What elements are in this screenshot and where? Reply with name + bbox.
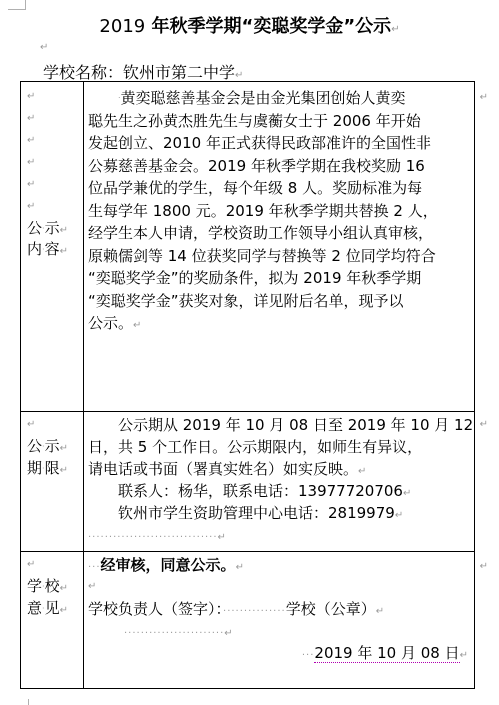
page-corner-mark xyxy=(8,0,26,10)
text-line: 聪先生之孙黄杰胜先生与虞蘅女士于 2006 年开始 xyxy=(88,110,472,133)
paragraph-mark-icon: ↵ xyxy=(395,510,403,521)
paragraph-mark-icon: ↵ xyxy=(133,320,141,331)
announcement-table: ↵ ↵ ↵ ↵ ↵ ↵ 公·示↵ 内·容↵ ·黄奕聪慈善基金会是由金光集团创始人… xyxy=(20,81,475,689)
content-cell-period: 公示期从 2019 年 10 月 08 日至 2019 年 10 月 12↵ 日… xyxy=(88,414,472,546)
paragraph-mark-icon: ↵ xyxy=(27,414,35,436)
text: 公示期从 2019 年 10 月 08 日至 2019 年 10 月 12 xyxy=(118,416,473,434)
text-line: 位品学兼优的学生，每个年级 8 人。奖励标准为每 xyxy=(88,177,472,200)
paragraph-mark-icon: ↵ xyxy=(27,152,35,174)
label-line-1: 公·示↵ xyxy=(27,218,68,241)
text: 请电话或书面（署真实姓名）如实反映。 xyxy=(88,460,358,478)
paragraph-mark-icon: ↵ xyxy=(235,70,243,81)
paragraph-mark-icon: ↵ xyxy=(27,108,35,130)
text-line: 公示期从 2019 年 10 月 08 日至 2019 年 10 月 12↵ xyxy=(88,414,472,436)
paragraph-mark-icon: ↵ xyxy=(60,583,68,594)
approval-text: 经审核，同意公示。 xyxy=(101,556,236,574)
text-line: 公募慈善基金会。2019 年秋季学期在我校奖励 16 xyxy=(88,155,472,178)
text: 黄奕聪慈善基金会是由金光集团创始人黄奕 xyxy=(121,89,406,107)
label-char: 公 xyxy=(27,437,42,455)
label-char: 公 xyxy=(27,219,42,237)
empty-line: ↵ xyxy=(88,576,472,598)
label-char: 限 xyxy=(45,459,60,477)
label-char: 内 xyxy=(27,240,42,258)
label-cell-opinion: ↵ 学·校↵ 意·见↵ xyxy=(21,552,83,689)
page-title: 2019 年秋季学期“奕聪奖学金”公示↵ xyxy=(0,12,499,38)
paragraph-mark-icon: ↵ xyxy=(60,246,68,257)
paragraph-mark-icon: ↵ xyxy=(27,86,35,108)
text-line: ·黄奕聪慈善基金会是由金光集团创始人黄奕↵ xyxy=(88,87,472,110)
seal-label: 学校（公章） xyxy=(286,600,376,618)
paragraph-mark-icon: ↵ xyxy=(218,532,226,543)
paragraph-mark-icon: ↵ xyxy=(480,556,488,578)
school-name-line: 学校名称：钦州市第二中学↵ xyxy=(43,60,243,83)
paragraph-mark-icon: ↵ xyxy=(27,196,35,218)
text-line: 经学生本人申请，学校资助工作领导小组认真审核， xyxy=(88,222,472,245)
label-cell-content: ↵ ↵ ↵ ↵ ↵ ↵ 公·示↵ 内·容↵ xyxy=(21,82,83,411)
label-line-1: 公·示↵ xyxy=(27,436,68,459)
text-line: 请电话或书面（署真实姓名）如实反映。↵ xyxy=(88,458,472,480)
signer-label: 学校负责人（签字）： xyxy=(88,600,223,618)
label-line-2: 意·见↵ xyxy=(27,598,68,621)
dotted-spacer-line: ·······························↵ xyxy=(88,524,472,546)
text: 钦州市学生资助管理中心电话：2819979 xyxy=(118,504,395,522)
paragraph-mark-icon: ↵ xyxy=(376,606,384,617)
paragraph-mark-icon: ↵ xyxy=(60,605,68,616)
text-line: 生每学年 1800 元。2019 年秋季学期共替换 2 人， xyxy=(88,200,472,223)
column-divider xyxy=(83,82,84,688)
space-dots: ··············· xyxy=(223,606,286,617)
paragraph-mark-icon: ↵ xyxy=(27,174,35,196)
paragraph-mark-icon: ↵ xyxy=(236,562,244,573)
paragraph-mark-icon: ↵ xyxy=(403,488,411,499)
text-line: “奕聪奖学金”获奖对象，详见附后名单，现予以 xyxy=(88,290,472,313)
label-char: 意 xyxy=(27,599,42,617)
school-label: 学校名称： xyxy=(43,63,123,82)
text-line: 原赖儒剑等 14 位获奖同学与替换等 2 位同学均符合 xyxy=(88,245,472,268)
contact-line: 联系人：杨华，联系电话：13977720706↵ xyxy=(88,480,472,502)
text-line: 日，共 5 个工作日。公示期限内，如师生有异议， xyxy=(88,436,472,458)
label-char: 校 xyxy=(45,577,60,595)
row-divider xyxy=(21,411,474,412)
paragraph-mark-icon: ↵ xyxy=(480,87,488,110)
space-dots: ························ xyxy=(124,628,224,639)
row-divider xyxy=(21,551,474,552)
label-char: 容 xyxy=(45,240,60,258)
approval-date: 2019 年 10 月 08 日 xyxy=(314,644,459,663)
label-char: 示 xyxy=(45,437,60,455)
paragraph-mark-icon: ↵ xyxy=(60,225,68,236)
label-char: 期 xyxy=(27,459,42,477)
dotted-spacer-line: ························↵ xyxy=(88,620,472,642)
paragraph-mark-icon: ↵ xyxy=(224,628,232,639)
paragraph-mark-icon: ↵ xyxy=(460,650,468,661)
paragraph-mark-icon: ↵ xyxy=(27,130,35,152)
space-dots: ······························· xyxy=(88,532,218,543)
label-char: 示 xyxy=(45,219,60,237)
text: 公示。 xyxy=(88,314,133,332)
paragraph-mark-icon: ↵ xyxy=(358,466,366,477)
text-line: 发起创立、2010 年正式获得民政部准许的全国性非 xyxy=(88,132,472,155)
paragraph-mark-icon: ↵ xyxy=(480,414,488,436)
label-line-2: 内·容↵ xyxy=(27,239,68,262)
text-line: “奕聪奖学金”的奖励条件，拟为 2019 年秋季学期 xyxy=(88,267,472,290)
center-phone-line: 钦州市学生资助管理中心电话：2819979↵ xyxy=(88,502,472,524)
space-dots: ··· xyxy=(302,650,315,661)
school-name: 钦州市第二中学 xyxy=(123,63,235,82)
title-year: 2019 xyxy=(99,16,145,37)
signature-line: 学校负责人（签字）：···············学校（公章）↵ xyxy=(88,598,472,620)
label-line-1: 学·校↵ xyxy=(27,576,68,599)
approval-line: ···经审核，同意公示。↵↵ xyxy=(88,554,472,576)
paragraph-mark-icon: ↵ xyxy=(27,554,35,576)
paragraph-mark-icon: ↵ xyxy=(60,443,68,454)
label-char: 见 xyxy=(45,599,60,617)
page-corner-mark xyxy=(28,699,29,705)
empty-paragraph-mark-icon: ↵ xyxy=(40,42,48,53)
space-dots: ··· xyxy=(88,562,101,573)
title-text: 年秋季学期“奕聪奖学金”公示 xyxy=(152,16,392,37)
paragraph-mark-icon: ↵ xyxy=(60,465,68,476)
content-cell-opinion: ···经审核，同意公示。↵↵ ↵ 学校负责人（签字）：·············… xyxy=(88,554,472,664)
text: 联系人：杨华，联系电话：13977720706 xyxy=(118,482,403,500)
date-line: ···2019 年 10 月 08 日↵ xyxy=(88,642,472,664)
content-cell-announcement: ·黄奕聪慈善基金会是由金光集团创始人黄奕↵ 聪先生之孙黄杰胜先生与虞蘅女士于 2… xyxy=(88,87,472,335)
label-char: 学 xyxy=(27,577,42,595)
label-line-2: 期·限↵ xyxy=(27,458,68,481)
text-line: 公示。↵ xyxy=(88,312,472,335)
paragraph-mark-icon: ↵ xyxy=(391,24,399,35)
label-cell-period: ↵ 公·示↵ 期·限↵ xyxy=(21,412,83,551)
